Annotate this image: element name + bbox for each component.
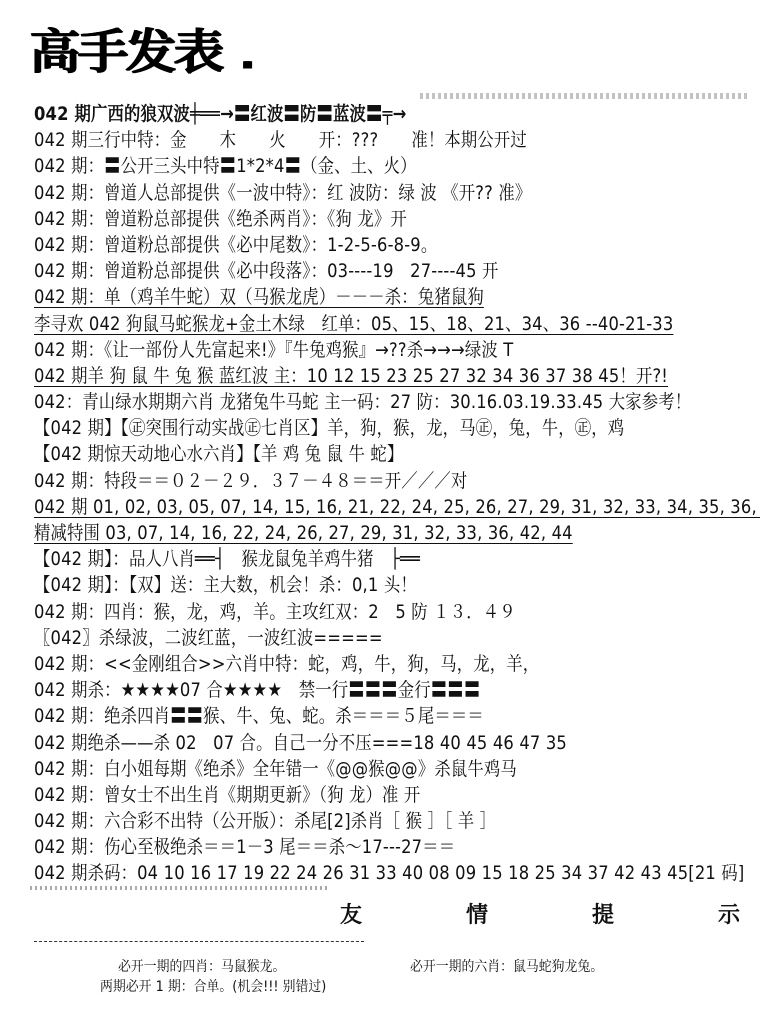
footer-note-two-periods: 两期必开 1 期：合单。(机会!!! 别错过)	[100, 976, 326, 996]
prediction-line-text: 【042 期】：【双】送：主大数，机会！杀：0,1 头！	[34, 574, 417, 596]
prediction-line-text: 李寻欢 042 狗鼠马蛇猴龙+金土木绿 红单：05、15、18、21、34、36…	[34, 313, 673, 335]
footer-title-char: 友	[340, 898, 362, 929]
prediction-line-text: 〖042〗杀绿波，二波红蓝，一波红波=====	[34, 627, 383, 649]
page-title: 高手发表.	[30, 24, 253, 85]
prediction-line-text: 042 期：伤心至极绝杀＝＝1－3 尾＝＝杀～17---27＝＝	[34, 836, 455, 858]
prediction-line: 042 期：单（鸡羊牛蛇）双（马猴龙虎）－－－杀：兔猪鼠狗	[34, 284, 653, 310]
prediction-line-text: 042 期：特段＝＝０２－２９．３７－４８＝＝开／／／对	[34, 470, 467, 492]
prediction-line: 042 期：四肖：猴，龙，鸡，羊。主攻红双：2 5 防 １３．４９	[34, 599, 653, 625]
prediction-line-text: 042 期杀码：04 10 16 17 19 22 24 26 31 33 40…	[34, 862, 744, 884]
prediction-line: 042 期：伤心至极绝杀＝＝1－3 尾＝＝杀～17---27＝＝	[34, 834, 653, 860]
prediction-line-text: 042 期：曾女士不出生肖《期期更新》（狗 龙）准 开	[34, 784, 420, 806]
footer-title: 友 情 提 示	[340, 898, 740, 929]
prediction-line: 042 期三行中特：金 木 火 开：??? 准！本期公开过	[34, 127, 653, 153]
prediction-line: 042 期：特段＝＝０２－２９．３７－４８＝＝开／／／对	[34, 468, 653, 494]
prediction-line: 042 期羊 狗 鼠 牛 兔 猴 蓝红波 主：10 12 15 23 25 27…	[34, 363, 653, 389]
prediction-line: 〖042〗杀绿波，二波红蓝，一波红波=====	[34, 625, 653, 651]
prediction-line-text: 042 期：曾道粉总部提供《必中段落》：03----19 27----45 开	[34, 260, 499, 282]
prediction-line: 042 期 01, 02, 03, 05, 07, 14, 15, 16, 21…	[34, 494, 653, 520]
footer-title-char: 情	[466, 898, 488, 929]
prediction-line-text: 【042 期】：品人八肖══┤ 猴龙鼠兔羊鸡牛猪 ├══	[34, 548, 420, 570]
prediction-line: 【042 期】【㊣突围行动实战㊣七肖区】羊，狗，猴，龙，马㊣，兔，牛，㊣，鸡	[34, 415, 653, 441]
prediction-line: 042 期杀：★★★★07 合★★★★ 禁一行〓〓〓金行〓〓〓	[34, 677, 653, 703]
footer-note-six-zodiacs: 必开一期的六肖：鼠马蛇狗龙兔。	[410, 956, 603, 976]
prediction-line-text: 042 期杀：★★★★07 合★★★★ 禁一行〓〓〓金行〓〓〓	[34, 679, 480, 701]
prediction-line-text: 042 期：单（鸡羊牛蛇）双（马猴龙虎）－－－杀：兔猪鼠狗	[34, 286, 484, 308]
footer-title-char: 提	[592, 898, 614, 929]
prediction-line: 042 期：曾道人总部提供《一波中特》：红 波防：绿 波 《开?? 准》	[34, 180, 653, 206]
prediction-line: 042 期绝杀——杀 02 07 合。自己一分不压===18 40 45 46 …	[34, 730, 653, 756]
prediction-line: 李寻欢 042 狗鼠马蛇猴龙+金土木绿 红单：05、15、18、21、34、36…	[34, 311, 653, 337]
prediction-line-text: 【042 期惊天动地心水六肖】【羊 鸡 兔 鼠 牛 蛇】	[34, 443, 403, 465]
prediction-line-text: 042 期：曾道人总部提供《一波中特》：红 波防：绿 波 《开?? 准》	[34, 182, 531, 204]
prediction-line-text: 042 期：四肖：猴，龙，鸡，羊。主攻红双：2 5 防 １３．４９	[34, 601, 516, 623]
prediction-line-text: 042 期绝杀——杀 02 07 合。自己一分不压===18 40 45 46 …	[34, 732, 567, 754]
prediction-line-text: 042 期：曾道粉总部提供《必中尾数》：1-2-5-6-8-9。	[34, 234, 437, 256]
prediction-line: 042 期杀码：04 10 16 17 19 22 24 26 31 33 40…	[34, 860, 653, 886]
prediction-line: 042 期：曾道粉总部提供《绝杀两肖》：《狗 龙》开	[34, 206, 653, 232]
footer-divider	[34, 941, 364, 942]
prediction-line-text: 042 期：六合彩不出特（公开版）：杀尾[2]杀肖［ 猴 ］［ 羊 ］	[34, 810, 496, 832]
prediction-line: 042 期：白小姐每期《绝杀》全年错一《@@猴@@》杀鼠牛鸡马	[34, 756, 653, 782]
prediction-line: 042 期：<<金刚组合>>六肖中特：蛇，鸡，牛，狗，马，龙，羊，	[34, 651, 653, 677]
title-dot: .	[240, 34, 253, 78]
prediction-line-text: 042：青山绿水期期六肖 龙猪兔牛马蛇 主一码：27 防：30.16.03.19…	[34, 391, 691, 413]
faded-noise-text	[420, 93, 750, 99]
prediction-line-text: 042 期 01, 02, 03, 05, 07, 14, 15, 16, 21…	[34, 496, 760, 518]
prediction-line: 042 期广西的狼双波╪══→〓红波〓防〓蓝波〓╤→	[34, 101, 653, 127]
prediction-line-text: 042 期三行中特：金 木 火 开：??? 准！本期公开过	[34, 129, 527, 151]
prediction-line-text: 042 期：绝杀四肖〓〓猴、牛、兔、蛇。杀＝＝＝５尾＝＝＝	[34, 705, 484, 727]
prediction-line: 精减特围 03, 07, 14, 16, 22, 24, 26, 27, 29,…	[34, 520, 653, 546]
prediction-line-text: 042 期：曾道粉总部提供《绝杀两肖》：《狗 龙》开	[34, 208, 407, 230]
prediction-line: 042 期：曾道粉总部提供《必中段落》：03----19 27----45 开	[34, 258, 653, 284]
prediction-line-text: 精减特围 03, 07, 14, 16, 22, 24, 26, 27, 29,…	[34, 522, 573, 544]
prediction-line: 042：青山绿水期期六肖 龙猪兔牛马蛇 主一码：27 防：30.16.03.19…	[34, 389, 653, 415]
prediction-line: 【042 期】：【双】送：主大数，机会！杀：0,1 头！	[34, 572, 653, 598]
prediction-line-text: 042 期：白小姐每期《绝杀》全年错一《@@猴@@》杀鼠牛鸡马	[34, 758, 517, 780]
prediction-line: 042 期：曾道粉总部提供《必中尾数》：1-2-5-6-8-9。	[34, 232, 653, 258]
faded-noise-row	[30, 886, 330, 890]
prediction-line-text: 【042 期】【㊣突围行动实战㊣七肖区】羊，狗，猴，龙，马㊣，兔，牛，㊣，鸡	[34, 417, 624, 439]
prediction-line-text: 042 期广西的狼双波╪══→〓红波〓防〓蓝波〓╤→	[34, 103, 406, 125]
prediction-list: 042 期广西的狼双波╪══→〓红波〓防〓蓝波〓╤→042 期三行中特：金 木 …	[34, 101, 754, 887]
title-text: 高手发表	[30, 25, 222, 80]
prediction-line: 042 期：《让一部份人先富起来!》『牛兔鸡猴』→??杀→→→绿波 T	[34, 337, 653, 363]
prediction-line: 042 期：绝杀四肖〓〓猴、牛、兔、蛇。杀＝＝＝５尾＝＝＝	[34, 703, 653, 729]
prediction-line: 【042 期惊天动地心水六肖】【羊 鸡 兔 鼠 牛 蛇】	[34, 441, 653, 467]
prediction-line: 042 期：六合彩不出特（公开版）：杀尾[2]杀肖［ 猴 ］［ 羊 ］	[34, 808, 653, 834]
prediction-line-text: 042 期：〓公开三头中特〓1*2*4〓（金、土、火）	[34, 155, 417, 177]
footer-title-char: 示	[718, 898, 740, 929]
prediction-line-text: 042 期羊 狗 鼠 牛 兔 猴 蓝红波 主：10 12 15 23 25 27…	[34, 365, 668, 387]
prediction-line: 042 期：〓公开三头中特〓1*2*4〓（金、土、火）	[34, 153, 653, 179]
prediction-line: 【042 期】：品人八肖══┤ 猴龙鼠兔羊鸡牛猪 ├══	[34, 546, 653, 572]
footer-note-four-zodiacs: 必开一期的四肖：马鼠猴龙。	[118, 956, 285, 976]
prediction-line: 042 期：曾女士不出生肖《期期更新》（狗 龙）准 开	[34, 782, 653, 808]
prediction-line-text: 042 期：<<金刚组合>>六肖中特：蛇，鸡，牛，狗，马，龙，羊，	[34, 653, 539, 675]
prediction-line-text: 042 期：《让一部份人先富起来!》『牛兔鸡猴』→??杀→→→绿波 T	[34, 339, 513, 361]
